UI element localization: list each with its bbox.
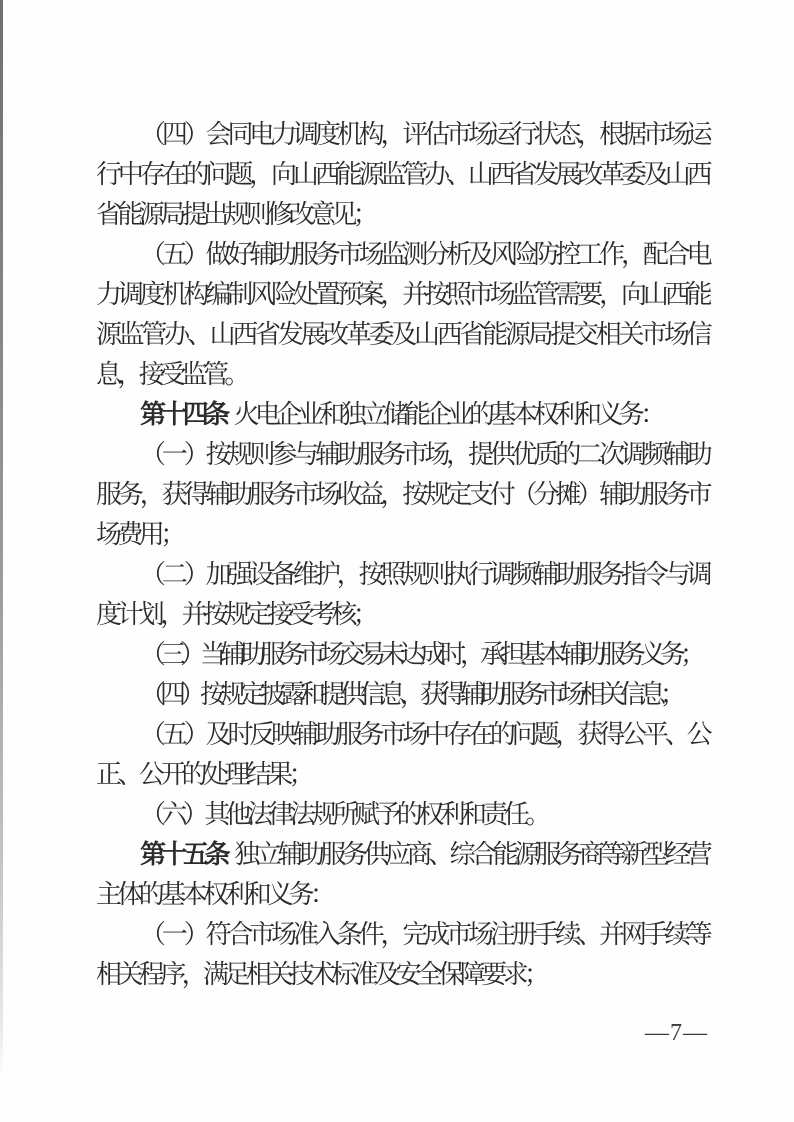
paragraph-item: （三）当辅助服务市场交易未达成时，承担基本辅助服务义务； — [96, 635, 708, 675]
scan-edge-artifact — [0, 0, 3, 1080]
article-number: 第十五条 — [140, 840, 226, 869]
paragraph-item: （一）符合市场准入条件，完成市场注册手续、并网手续等相关程序，满足相关技术标准及… — [96, 915, 708, 995]
paragraph-item: （二）加强设备维护，按照规则执行调频辅助服务指令与调度计划，并按规定接受考核； — [96, 555, 708, 635]
paragraph-item: （六）其他法律法规所赋予的权利和责任。 — [96, 795, 708, 835]
article-number: 第十四条 — [140, 400, 226, 429]
paragraph-item: （五）做好辅助服务市场监测分析及风险防控工作，配合电力调度机构编制风险处置预案，… — [96, 235, 708, 395]
page-number: —7— — [645, 1018, 708, 1048]
scanned-document-page: { "doc": { "paragraphs": [ { "text": "（四… — [0, 0, 794, 1122]
document-body: （四）会同电力调度机构，评估市场运行状态，根据市场运行中存在的问题，向山西能源监… — [96, 115, 708, 995]
paragraph-article: 第十五条独立辅助服务供应商、综合能源服务商等新型经营主体的基本权利和义务： — [96, 835, 708, 915]
paragraph-article: 第十四条火电企业和独立储能企业的基本权利和义务： — [96, 395, 708, 435]
paragraph-item: （四）会同电力调度机构，评估市场运行状态，根据市场运行中存在的问题，向山西能源监… — [96, 115, 708, 235]
article-title: 火电企业和独立储能企业的基本权利和义务： — [234, 400, 662, 429]
paragraph-item: （一）按规则参与辅助服务市场，提供优质的二次调频辅助服务，获得辅助服务市场收益，… — [96, 435, 708, 555]
paragraph-item: （四）按规定披露和提供信息，获得辅助服务市场相关信息； — [96, 675, 708, 715]
paragraph-item: （五）及时反映辅助服务市场中存在的问题，获得公平、公正、公开的处理结果； — [96, 715, 708, 795]
